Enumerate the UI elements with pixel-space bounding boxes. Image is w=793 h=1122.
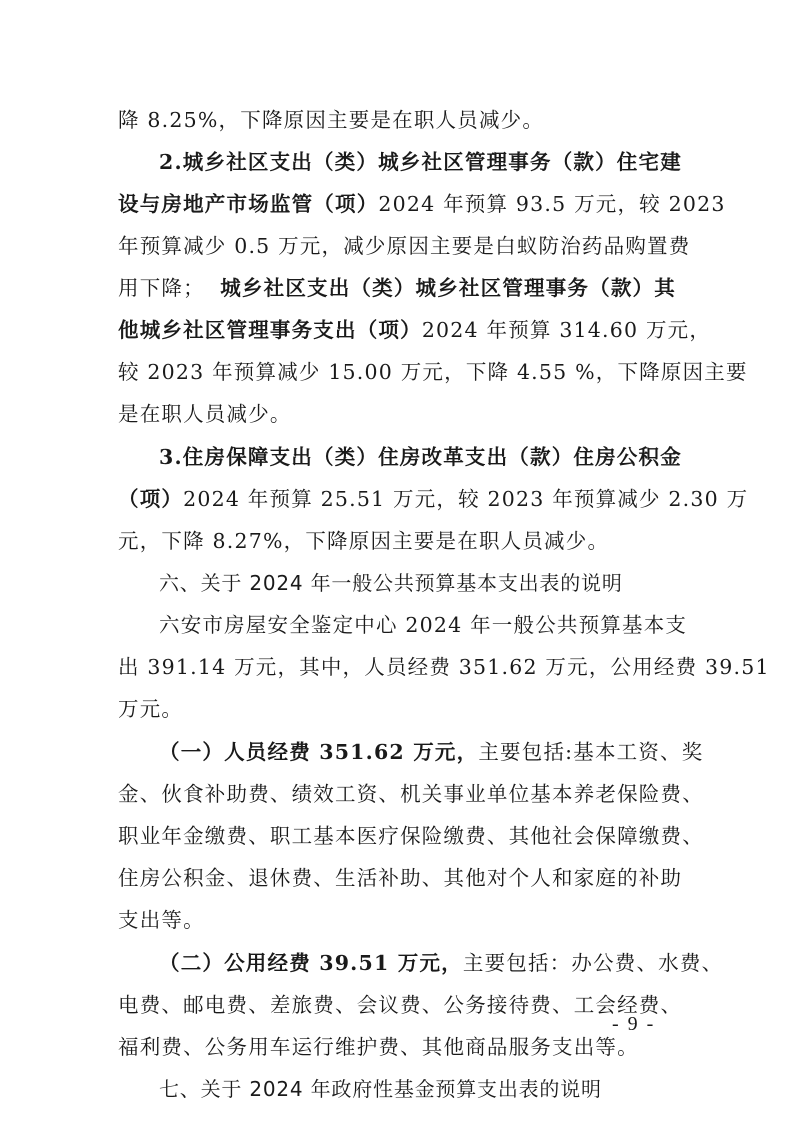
- page-number: - 9 -: [612, 1013, 655, 1036]
- text: 职业年金缴费、职工基本医疗保险缴费、其他社会保障缴费、: [118, 824, 704, 848]
- text: 主要包括:基本工资、奖: [478, 740, 703, 764]
- text: 2024 年预算 93.5 万元，较 2023: [378, 192, 725, 216]
- paragraph-line: 是在职人员减少。: [118, 394, 292, 434]
- text: 六安市房屋安全鉴定中心 2024 年一般公共预算基本支: [159, 613, 687, 637]
- paragraph-line: 用下降； 城乡社区支出（类）城乡社区管理事务（款）其: [118, 268, 676, 308]
- text: 电费、邮电费、差旅费、会议费、公务接待费、工会经费、: [118, 993, 682, 1017]
- bold-text: （项）: [118, 487, 183, 511]
- text: 降 8.25%，下降原因主要是在职人员减少。: [118, 108, 544, 132]
- paragraph-line: 支出等。: [118, 900, 205, 940]
- paragraph-line: 金、伙食补助费、绩效工资、机关事业单位基本养老保险费、: [118, 774, 704, 814]
- bold-text: （二）公用经费 39.51 万元，: [159, 951, 463, 975]
- paragraph-line: 福利费、公务用车运行维护费、其他商品服务支出等。: [118, 1027, 639, 1067]
- text: 年预算减少 0.5 万元，减少原因主要是白蚁防治药品购置费: [118, 234, 690, 258]
- text: 用下降；: [118, 276, 220, 300]
- text: 支出等。: [118, 908, 205, 932]
- bold-text: （一）人员经费 351.62 万元，: [159, 740, 478, 764]
- paragraph-line: 年预算减少 0.5 万元，减少原因主要是白蚁防治药品购置费: [118, 226, 690, 266]
- paragraph-line: 设与房地产市场监管（项）2024 年预算 93.5 万元，较 2023: [118, 184, 726, 224]
- section-heading-6: 六、关于 2024 年一般公共预算基本支出表的说明: [159, 563, 623, 603]
- paragraph-line: 元，下降 8.27%，下降原因主要是在职人员减少。: [118, 521, 609, 561]
- paragraph-line: 六安市房屋安全鉴定中心 2024 年一般公共预算基本支: [159, 605, 687, 645]
- heading-text: 七、关于 2024 年政府性基金预算支出表的说明: [159, 1077, 602, 1101]
- bold-text: 3.住房保障支出（类）住房改革支出（款）住房公积金: [159, 445, 682, 469]
- paragraph-line: 住房公积金、退休费、生活补助、其他对个人和家庭的补助: [118, 858, 682, 898]
- paragraph-line: （一）人员经费 351.62 万元，主要包括:基本工资、奖: [159, 732, 703, 772]
- text: 是在职人员减少。: [118, 402, 292, 426]
- bold-text: 城乡社区支出（类）城乡社区管理事务（款）其: [220, 276, 676, 300]
- paragraph-line: 万元。: [118, 689, 183, 729]
- bold-text: 2.城乡社区支出（类）城乡社区管理事务（款）住宅建: [159, 150, 682, 174]
- paragraph-line: 电费、邮电费、差旅费、会议费、公务接待费、工会经费、: [118, 985, 682, 1025]
- paragraph-line: 2.城乡社区支出（类）城乡社区管理事务（款）住宅建: [159, 142, 682, 182]
- paragraph-line: 较 2023 年预算减少 15.00 万元，下降 4.55 %，下降原因主要: [118, 352, 748, 392]
- paragraph-line: 他城乡社区管理事务支出（项）2024 年预算 314.60 万元，: [118, 310, 711, 350]
- text: 较 2023 年预算减少 15.00 万元，下降 4.55 %，下降原因主要: [118, 360, 748, 384]
- paragraph-line: 降 8.25%，下降原因主要是在职人员减少。: [118, 100, 544, 140]
- bold-text: 设与房地产市场监管（项）: [118, 192, 378, 216]
- text: 主要包括：办公费、水费、: [463, 951, 723, 975]
- text: 出 391.14 万元，其中，人员经费 351.62 万元，公用经费 39.51: [118, 655, 770, 679]
- text: 住房公积金、退休费、生活补助、其他对个人和家庭的补助: [118, 866, 682, 890]
- heading-text: 六、关于 2024 年一般公共预算基本支出表的说明: [159, 571, 623, 595]
- paragraph-line: 3.住房保障支出（类）住房改革支出（款）住房公积金: [159, 437, 682, 477]
- text: 元，下降 8.27%，下降原因主要是在职人员减少。: [118, 529, 609, 553]
- text: 福利费、公务用车运行维护费、其他商品服务支出等。: [118, 1035, 639, 1059]
- text: 金、伙食补助费、绩效工资、机关事业单位基本养老保险费、: [118, 782, 704, 806]
- section-heading-7: 七、关于 2024 年政府性基金预算支出表的说明: [159, 1069, 602, 1109]
- paragraph-line: 职业年金缴费、职工基本医疗保险缴费、其他社会保障缴费、: [118, 816, 704, 856]
- text: 2024 年预算 25.51 万元，较 2023 年预算减少 2.30 万: [183, 487, 748, 511]
- paragraph-line: （二）公用经费 39.51 万元，主要包括：办公费、水费、: [159, 943, 723, 983]
- bold-text: 他城乡社区管理事务支出（项）: [118, 318, 422, 342]
- text: 2024 年预算 314.60 万元，: [422, 318, 711, 342]
- text: 万元。: [118, 697, 183, 721]
- paragraph-line: （项）2024 年预算 25.51 万元，较 2023 年预算减少 2.30 万: [118, 479, 748, 519]
- paragraph-line: 出 391.14 万元，其中，人员经费 351.62 万元，公用经费 39.51: [118, 647, 770, 687]
